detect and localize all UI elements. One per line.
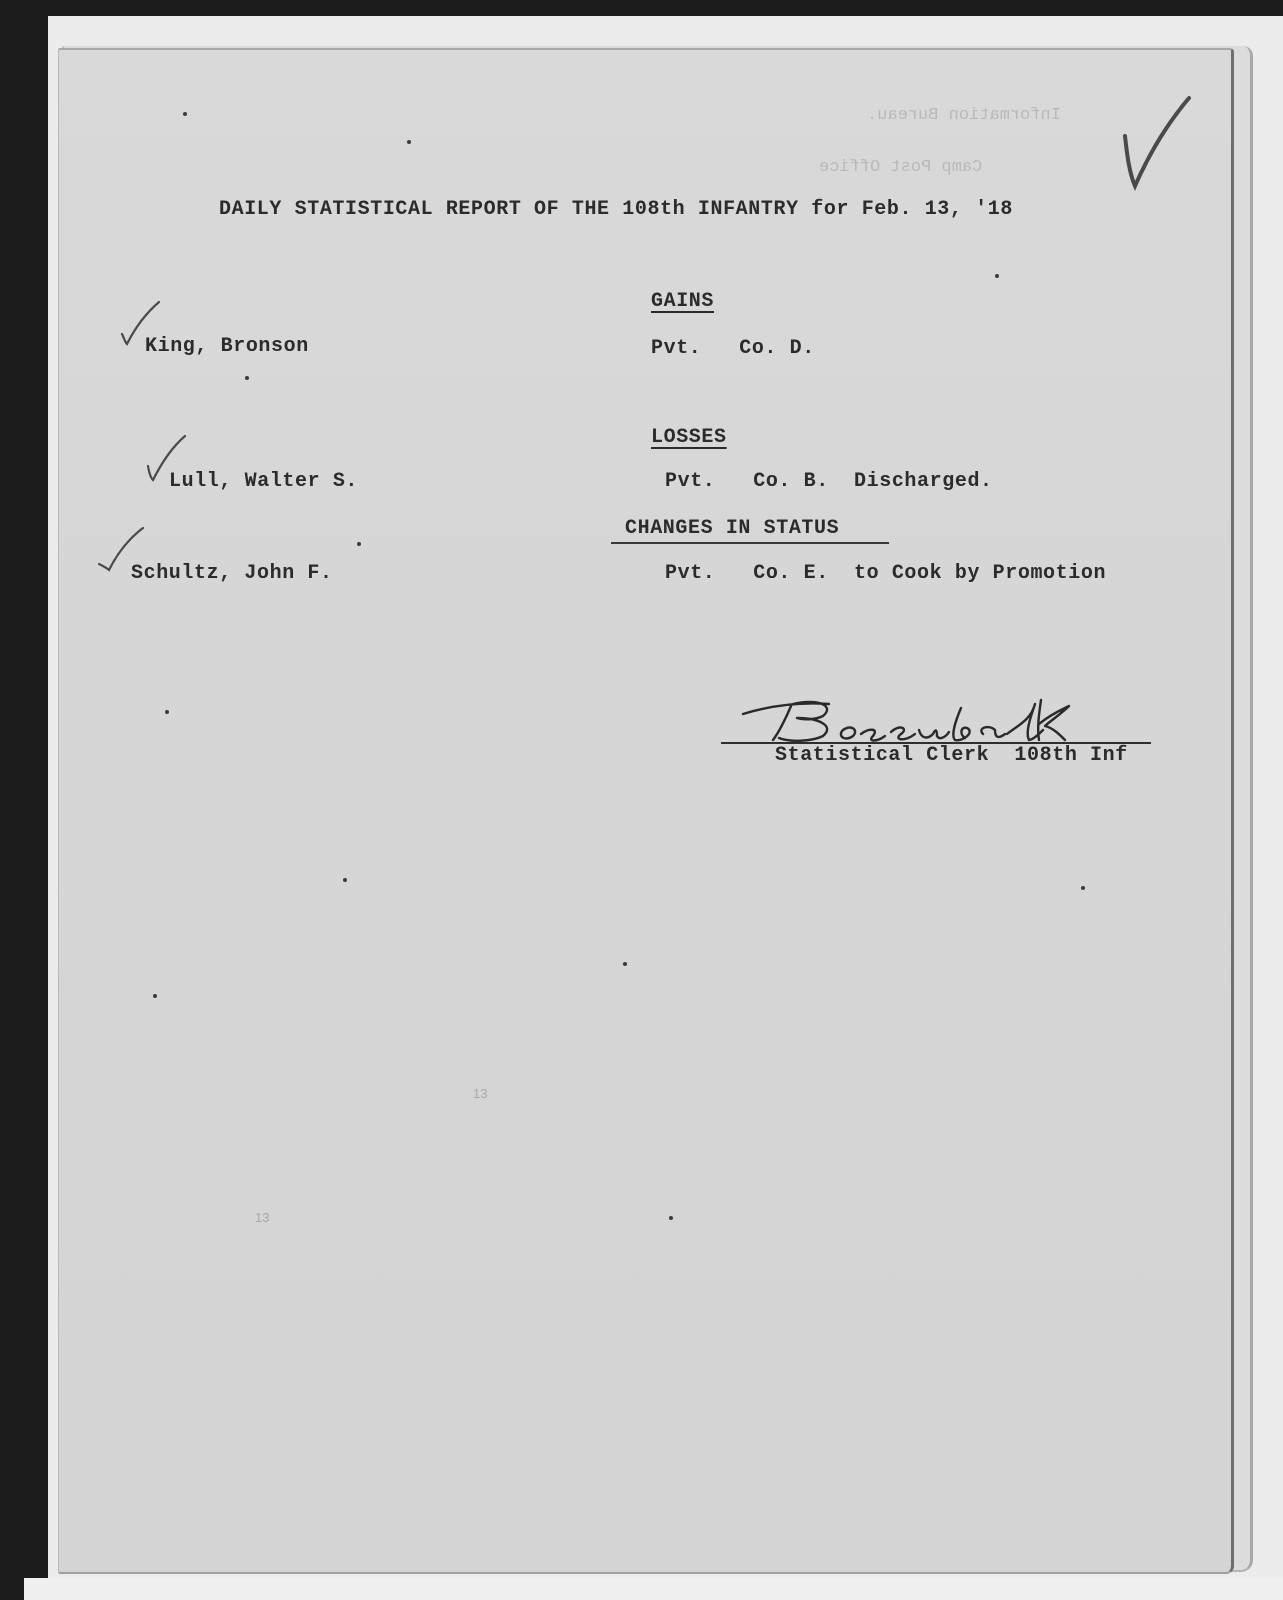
ink-speck bbox=[245, 376, 249, 380]
gains-entry-detail: Pvt. Co. D. bbox=[651, 337, 815, 360]
ink-speck bbox=[1081, 886, 1085, 890]
large-check-mark-icon bbox=[1117, 94, 1197, 194]
changes-in-status-underline bbox=[611, 542, 889, 544]
report-title: DAILY STATISTICAL REPORT OF THE 108th IN… bbox=[219, 198, 1013, 221]
ink-speck bbox=[183, 112, 187, 116]
changes-entry-detail: Pvt. Co. E. to Cook by Promotion bbox=[665, 562, 1106, 585]
page-stamp: 13 bbox=[255, 1210, 269, 1225]
ink-speck bbox=[995, 274, 999, 278]
losses-heading: LOSSES bbox=[651, 426, 727, 449]
losses-entry-name: Lull, Walter S. bbox=[169, 470, 358, 493]
changes-in-status-heading: CHANGES IN STATUS bbox=[625, 517, 839, 540]
page-stamp: 13 bbox=[473, 1086, 487, 1101]
signature-title: Statistical Clerk 108th Inf bbox=[775, 744, 1128, 767]
gains-heading: GAINS bbox=[651, 290, 714, 313]
bleed-through-line-2: Camp Post Office bbox=[819, 158, 982, 177]
scanned-document: Information Bureau. Camp Post Office DAI… bbox=[0, 0, 1283, 1600]
ink-speck bbox=[343, 878, 347, 882]
ink-speck bbox=[357, 542, 361, 546]
ink-speck bbox=[153, 994, 157, 998]
bleed-through-line-1: Information Bureau. bbox=[867, 106, 1061, 125]
ink-speck bbox=[669, 1216, 673, 1220]
handwritten-signature bbox=[739, 684, 1119, 748]
ink-speck bbox=[623, 962, 627, 966]
ink-speck bbox=[407, 140, 411, 144]
report-page: Information Bureau. Camp Post Office DAI… bbox=[58, 48, 1234, 1574]
scanner-bottom-edge bbox=[24, 1578, 1283, 1600]
changes-entry-name: Schultz, John F. bbox=[131, 562, 333, 585]
ink-speck bbox=[165, 710, 169, 714]
losses-entry-detail: Pvt. Co. B. Discharged. bbox=[665, 470, 993, 493]
gains-entry-name: King, Bronson bbox=[145, 335, 309, 358]
